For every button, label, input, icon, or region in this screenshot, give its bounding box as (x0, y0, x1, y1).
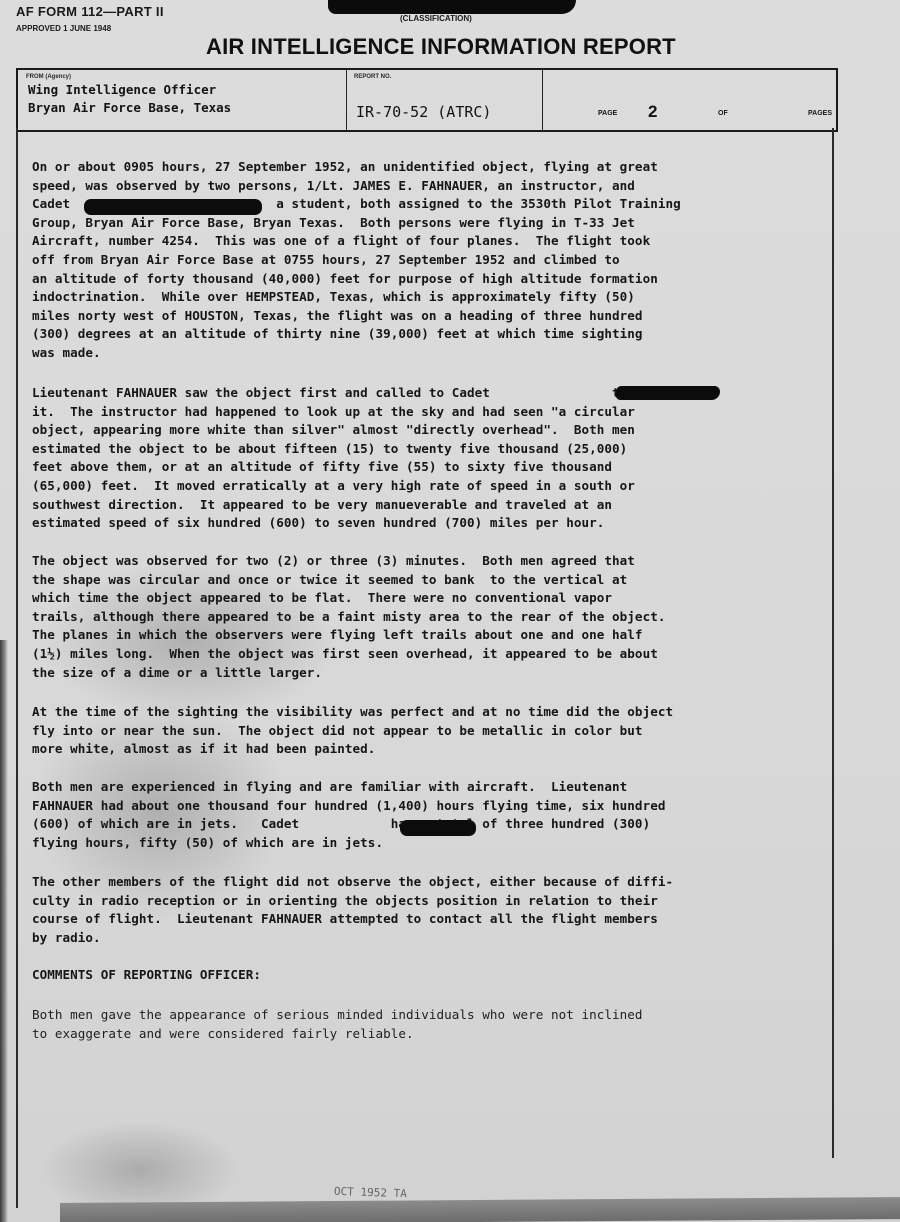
paragraph-2: Lieutenant FAHNAUER saw the object first… (32, 384, 832, 533)
classification-redaction (328, 0, 576, 14)
report-no-label: REPORT NO. (354, 74, 391, 80)
form-approval-date: APPROVED 1 JUNE 1948 (16, 24, 111, 33)
paragraph-5: Both men are experienced in flying and a… (32, 778, 832, 852)
scanned-document-page: AF FORM 112—PART II APPROVED 1 JUNE 1948… (0, 0, 900, 1222)
of-label: OF (718, 110, 728, 117)
report-number-cell: REPORT NO. IR-70-52 (ATRC) (346, 70, 543, 130)
form-identifier: AF FORM 112—PART II (16, 4, 164, 19)
report-title: AIR INTELLIGENCE INFORMATION REPORT (206, 34, 676, 60)
page-label: PAGE (598, 110, 617, 117)
from-agency-line-1: Wing Intelligence Officer (28, 82, 216, 97)
paragraph-1: On or about 0905 hours, 27 September 195… (32, 158, 832, 363)
pages-label: PAGES (808, 110, 832, 117)
scan-edge (0, 640, 8, 1222)
classification-label: (CLASSIFICATION) (400, 14, 472, 23)
body-border-left (16, 128, 18, 1208)
paragraph-6: The other members of the flight did not … (32, 873, 832, 947)
comments-text: Both men gave the appearance of serious … (32, 1006, 832, 1043)
redaction-cadet-name (400, 820, 476, 836)
body-border-right (832, 128, 834, 1158)
from-label: FROM (Agency) (26, 74, 71, 80)
date-stamp: OCT 1952 TA (334, 1185, 407, 1201)
paragraph-3: The object was observed for two (2) or t… (32, 552, 832, 682)
from-cell: FROM (Agency) Wing Intelligence Officer … (18, 70, 347, 130)
from-agency-line-2: Bryan Air Force Base, Texas (28, 100, 231, 115)
redaction-cadet-name (84, 199, 262, 215)
paragraph-4: At the time of the sighting the visibili… (32, 703, 832, 759)
page-cell: PAGE 2 OF PAGES (542, 70, 836, 130)
comments-heading: COMMENTS OF REPORTING OFFICER: (32, 966, 832, 985)
report-number: IR-70-52 (ATRC) (356, 103, 491, 121)
page-number: 2 (648, 102, 657, 122)
redaction-cadet-name (616, 386, 720, 400)
report-header-box: FROM (Agency) Wing Intelligence Officer … (16, 68, 838, 132)
